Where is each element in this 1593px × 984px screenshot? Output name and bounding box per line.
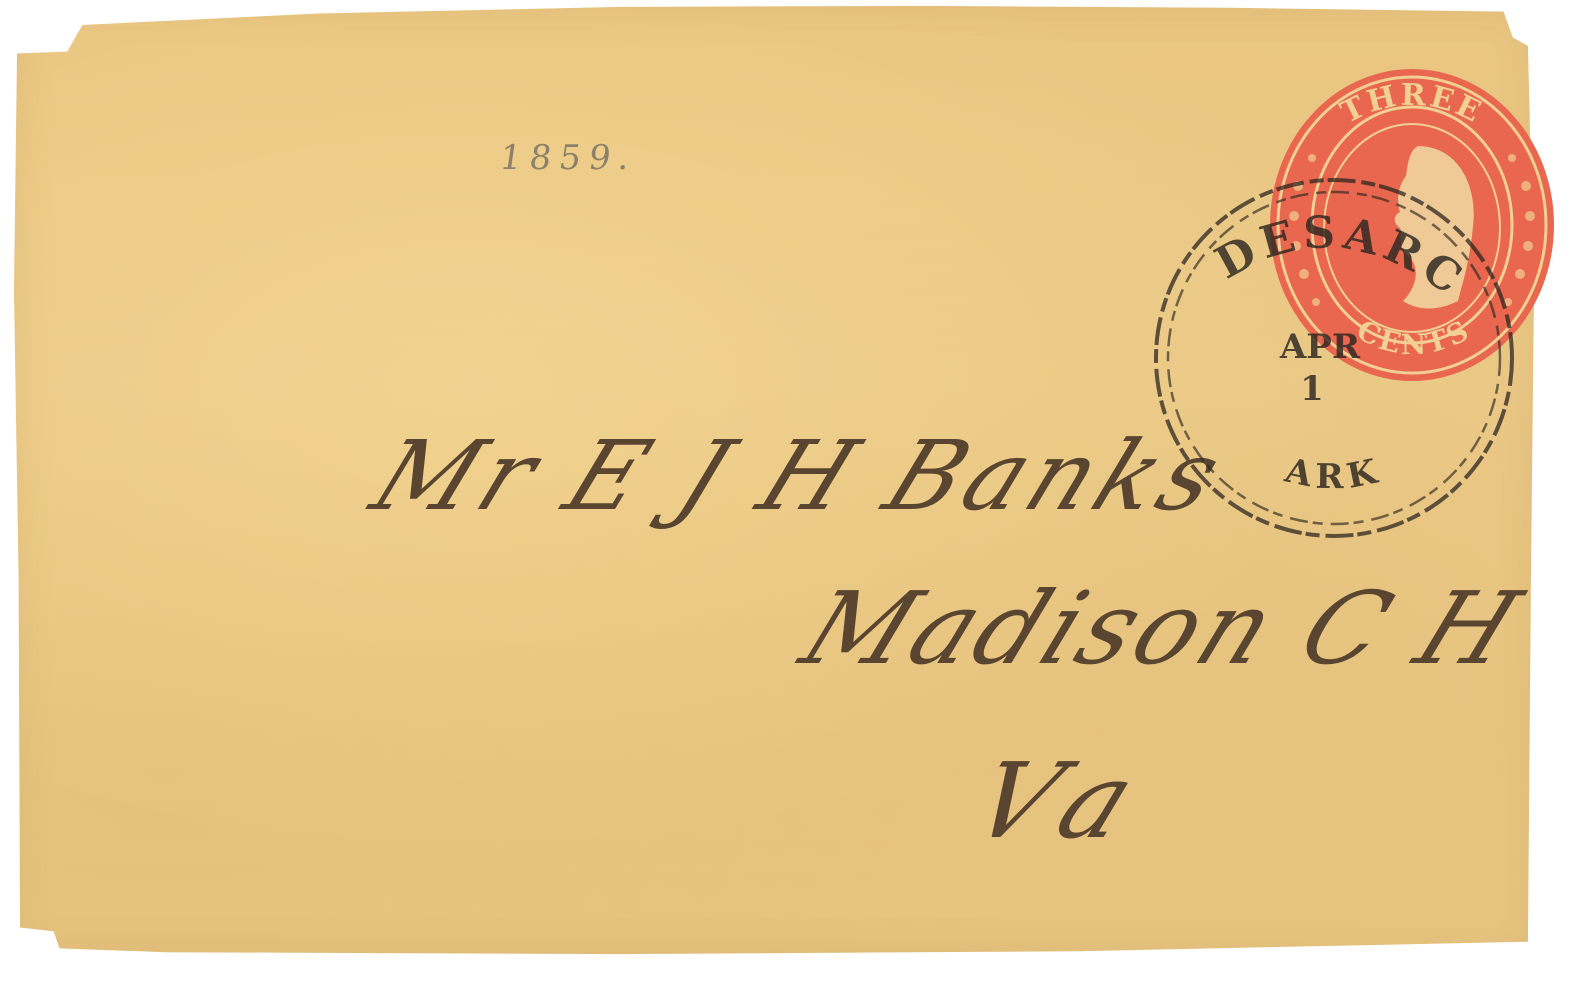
- postmark-day: 1: [1300, 369, 1324, 409]
- address-town: Madison C H: [786, 570, 1539, 687]
- postmark-town: DESARC: [1207, 207, 1475, 307]
- svg-text:ARK: ARK: [1281, 450, 1387, 497]
- postmark-month: APR: [1279, 327, 1361, 367]
- postmark-state: ARK: [1281, 450, 1387, 497]
- address-recipient: Mr E J H Banks: [357, 420, 1242, 532]
- circular-postmark: DESARC APR 1 ARK: [1144, 168, 1524, 548]
- svg-text:DESARC: DESARC: [1207, 207, 1475, 307]
- pencil-date-note: 1859.: [497, 138, 640, 178]
